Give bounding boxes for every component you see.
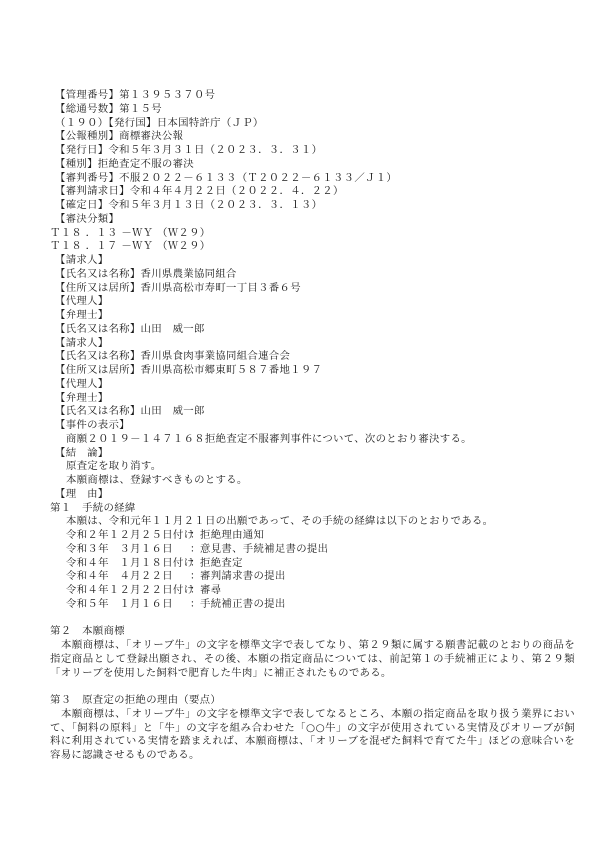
section-2-heading: 第２ 本願商標 [50,625,575,639]
management-number: 【管理番号】第１３９５３７０号 [55,89,575,103]
history-event: 拒絶査定 [200,557,243,571]
section-1: 第１ 手続の経緯 本願は、令和元年１１月２１日の出願であって、その手続の経緯は以… [55,502,575,612]
section-3-body: 本願商標は、「オリーブ牛」の文字を標準文字で表してなるところ、本願の指定商品を取… [50,708,575,763]
history-separator: ： [190,598,200,612]
requester-label: 【請求人】 [55,337,575,351]
history-separator: ： [190,529,200,543]
history-row: 令和４年 １月１８日付け ： 拒絶査定 [55,557,575,571]
gazette-document: 【管理番号】第１３９５３７０号 【総通号数】第１５号 （１９０）【発行国】日本国… [55,89,575,763]
history-row: 令和２年１２月２５日付け ： 拒絶理由通知 [55,529,575,543]
history-separator: ： [190,570,200,584]
total-issue-number: 【総通号数】第１５号 [55,103,575,117]
history-event: 意見書、手続補足書の提出 [200,543,328,557]
spacer [55,680,575,694]
history-row: 令和３年 ３月１６日 ： 意見書、手続補足書の提出 [55,543,575,557]
reasons-heading: 【理 由】 [55,488,575,502]
classification-code: Ｔ１８ ．１３ －ＷＹ （Ｗ２９） [50,227,575,241]
requester-name: 【氏名又は名称】香川県農業協同組合 [55,268,575,282]
history-date: 令和４年 ４月２２日 [66,570,190,584]
issue-date: 【発行日】令和５年３月３１日（２０２３．３．３１） [55,144,575,158]
appeal-number: 【審判番号】不服２０２２－６１３３（Ｔ２０２２－６１３３／Ｊ１） [55,172,575,186]
history-event: 拒絶理由通知 [200,529,264,543]
decision-classification-label: 【審決分類】 [55,213,575,227]
patent-attorney-label: 【弁理士】 [55,309,575,323]
history-event: 手続補正書の提出 [200,598,286,612]
history-separator: ： [190,557,200,571]
bibliography: 【管理番号】第１３９５３７０号 【総通号数】第１５号 （１９０）【発行国】日本国… [55,89,575,433]
issuing-country: （１９０）【発行国】日本国特許庁（ＪＰ） [55,117,575,131]
section-3: 第３ 原査定の拒絶の理由（要点） 本願商標は、「オリーブ牛」の文字を標準文字で表… [55,694,575,763]
history-date: 令和４年１２月２２日付け [66,584,190,598]
requester-label: 【請求人】 [55,254,575,268]
conclusion-line: 原査定を取り消す。 [55,460,575,474]
case-statement: 商願２０１９－１４７１６８拒絶査定不服審判事件について、次のとおり審決する。 [55,433,575,447]
decision-type: 【種別】拒絶査定不服の審決 [55,158,575,172]
gazette-type: 【公報種別】商標審決公報 [55,130,575,144]
history-date: 令和４年 １月１８日付け [66,557,190,571]
attorney-name: 【氏名又は名称】山田 威一郎 [55,323,575,337]
history-row: 令和４年 ４月２２日 ： 審判請求書の提出 [55,570,575,584]
conclusion-heading: 【結 論】 [55,447,575,461]
history-separator: ： [190,584,200,598]
history-separator: ： [190,543,200,557]
section-1-intro: 本願は、令和元年１１月２１日の出願であって、その手続の経緯は以下のとおりである。 [55,515,575,529]
patent-attorney-label: 【弁理士】 [55,392,575,406]
finalization-date: 【確定日】令和５年３月１３日（２０２３．３．１３） [55,199,575,213]
requester-address: 【住所又は居所】香川県高松市寿町一丁目３番６号 [55,282,575,296]
history-date: 令和５年 １月１６日 [66,598,190,612]
agent-label: 【代理人】 [55,295,575,309]
classification-code: Ｔ１８ ．１７ －ＷＹ （Ｗ２９） [50,240,575,254]
history-row: 令和５年 １月１６日 ： 手続補正書の提出 [55,598,575,612]
conclusion: 【結 論】 原査定を取り消す。 本願商標は、登録すべきものとする。 [55,447,575,488]
history-event: 審尋 [200,584,221,598]
section-3-heading: 第３ 原査定の拒絶の理由（要点） [50,694,575,708]
requester-address: 【住所又は居所】香川県高松市郷東町５８７番地１９７ [55,364,575,378]
agent-label: 【代理人】 [55,378,575,392]
history-date: 令和３年 ３月１６日 [66,543,190,557]
section-1-heading: 第１ 手続の経緯 [50,502,575,516]
spacer [55,612,575,626]
conclusion-line: 本願商標は、登録すべきものとする。 [55,474,575,488]
case-display-label: 【事件の表示】 [55,419,575,433]
history-event: 審判請求書の提出 [200,570,286,584]
requester-name: 【氏名又は名称】香川県食肉事業協同組合連合会 [55,350,575,364]
section-2-body: 本願商標は、「オリーブ牛」の文字を標準文字で表してなり、第２９類に属する願書記載… [50,639,575,680]
section-2: 第２ 本願商標 本願商標は、「オリーブ牛」の文字を標準文字で表してなり、第２９類… [55,625,575,680]
appeal-request-date: 【審判請求日】令和４年４月２２日（２０２２．４．２２） [55,185,575,199]
attorney-name: 【氏名又は名称】山田 威一郎 [55,405,575,419]
history-row: 令和４年１２月２２日付け ： 審尋 [55,584,575,598]
history-date: 令和２年１２月２５日付け [66,529,190,543]
